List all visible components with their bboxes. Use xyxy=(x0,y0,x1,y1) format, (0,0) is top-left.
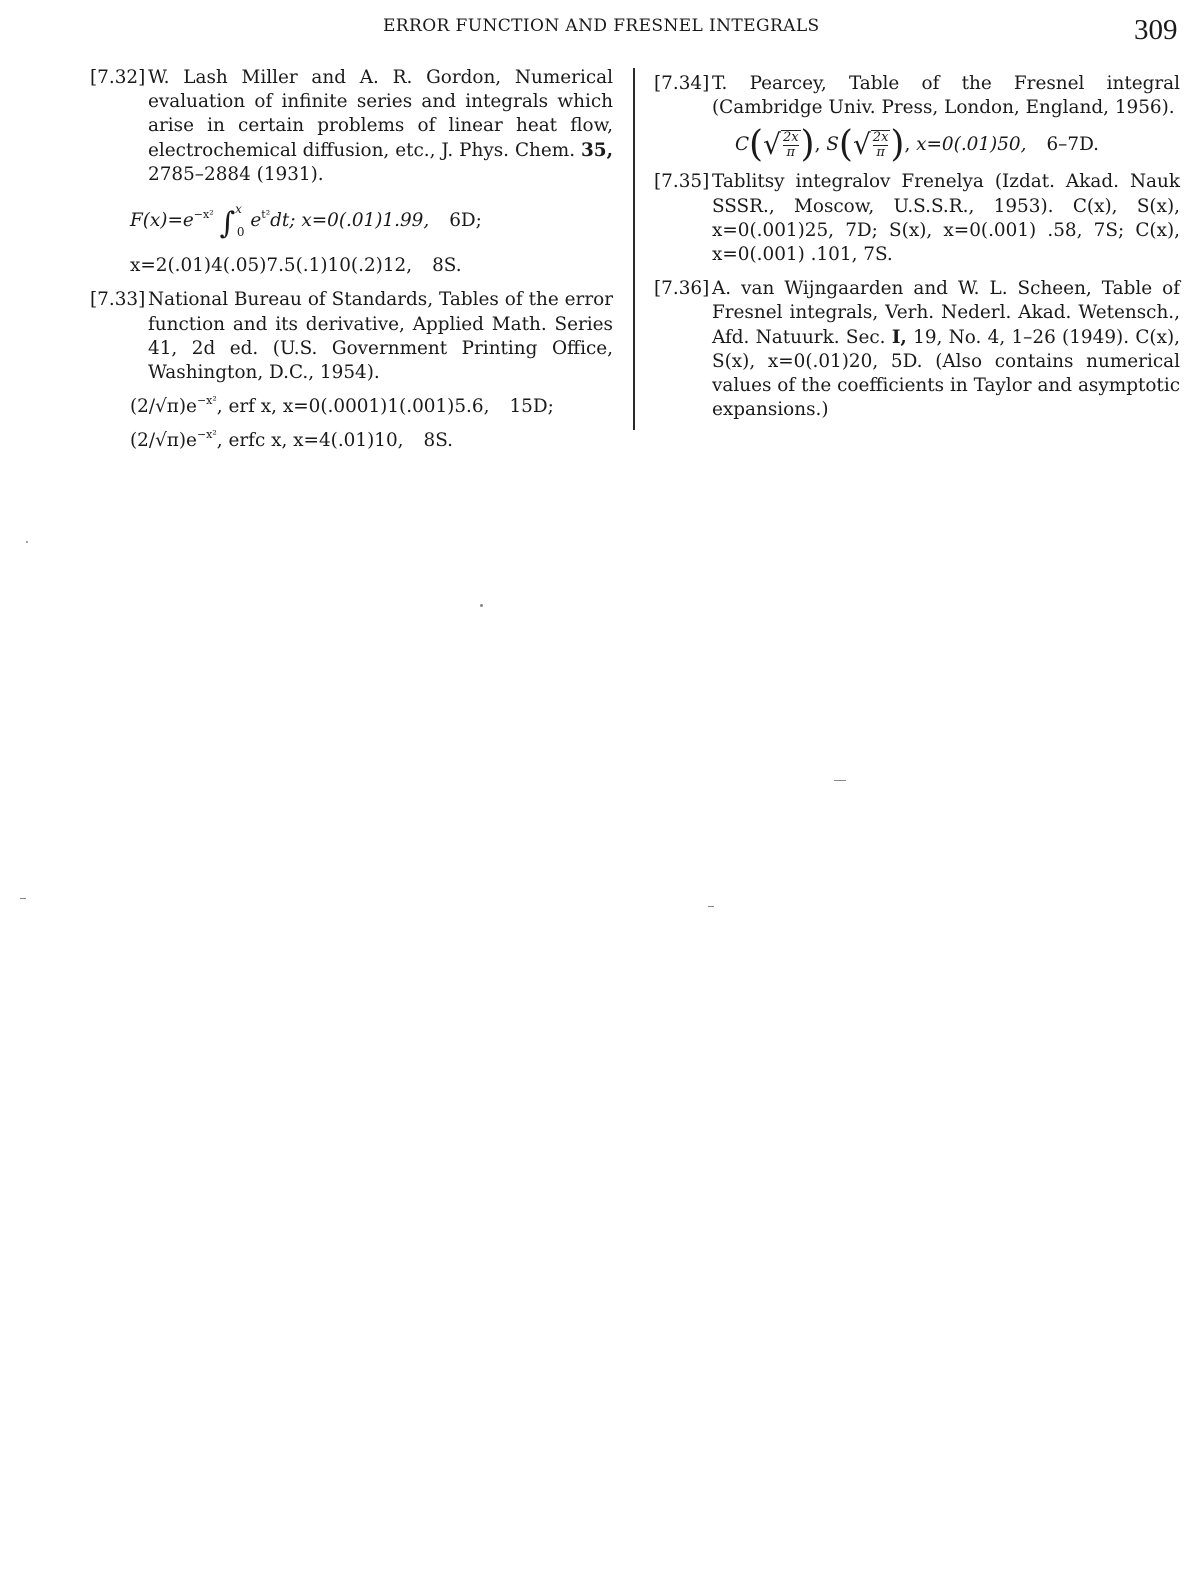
formula-prefix: (2/√π)e xyxy=(130,430,197,451)
reference-number: [7.33] xyxy=(90,288,145,312)
fraction: 2xπ xyxy=(871,130,891,160)
formula-prefix: (2/√π)e xyxy=(130,396,197,417)
integrand: e xyxy=(250,210,261,231)
formula-precision: 6D; xyxy=(449,210,482,231)
formula-range: dt; x=0(.01)1.99, xyxy=(270,210,429,231)
function-S: S xyxy=(826,134,839,155)
formula-erfc: (2/√π)e−x², erfc x, x=4(.01)10,8S. xyxy=(110,429,613,453)
formula-fresnel-pearcey: C(√2xπ), S(√2xπ), x=0(.01)50,6–7D. xyxy=(654,130,1180,160)
formula-range: , erfc x, x=4(.01)10, xyxy=(217,430,404,451)
formula-exponent: −x² xyxy=(194,208,214,221)
left-column: [7.32] W. Lash Miller and A. R. Gordon, … xyxy=(90,66,613,464)
integrand-exponent: t² xyxy=(261,208,270,221)
formula-erf: (2/√π)e−x², erf x, x=0(.0001)1(.001)5.6,… xyxy=(110,395,613,419)
fraction-denominator: π xyxy=(783,146,799,160)
formula-precision: 8S. xyxy=(424,430,454,451)
formula-range: , erf x, x=0(.0001)1(.001)5.6, xyxy=(217,396,490,417)
fraction-numerator: 2x xyxy=(783,131,799,146)
reference-number: [7.35] xyxy=(654,170,709,194)
formula-exponent: −x² xyxy=(197,394,217,407)
formula-lhs: F(x)=e xyxy=(130,210,194,231)
page-number: 309 xyxy=(1134,14,1178,47)
reference-text: T. Pearcey, Table of the Fresnel integra… xyxy=(712,72,1180,120)
formula-precision: 15D; xyxy=(509,396,553,417)
formula-range: x=2(.01)4(.05)7.5(.1)10(.2)12, xyxy=(130,255,412,276)
fraction: 2xπ xyxy=(781,130,801,160)
reference-7-33: [7.33] National Bureau of Standards, Tab… xyxy=(90,288,613,453)
scan-speck xyxy=(26,541,28,543)
reference-number: [7.32] xyxy=(90,66,145,90)
sqrt-icon: √ xyxy=(763,128,781,161)
scan-speck xyxy=(480,604,483,607)
upper-limit: x xyxy=(235,202,242,216)
formula-exponent: −x² xyxy=(197,428,217,441)
reference-7-36: [7.36] A. van Wijngaarden and W. L. Sche… xyxy=(654,277,1180,422)
reference-7-34: [7.34] T. Pearcey, Table of the Fresnel … xyxy=(654,72,1180,160)
running-title: ERROR FUNCTION AND FRESNEL INTEGRALS xyxy=(383,16,820,36)
right-column: [7.34] T. Pearcey, Table of the Fresnel … xyxy=(654,72,1180,428)
pages-year: 2785–2884 (1931). xyxy=(148,164,324,185)
reference-7-32: [7.32] W. Lash Miller and A. R. Gordon, … xyxy=(90,66,613,278)
formula-range: x=0(.01)50, xyxy=(916,134,1026,155)
function-C: C xyxy=(735,134,749,155)
column-divider xyxy=(633,68,635,430)
lower-limit: 0 xyxy=(237,225,245,239)
scan-speck xyxy=(834,780,846,781)
reference-number: [7.36] xyxy=(654,277,709,301)
reference-text: National Bureau of Standards, Tables of … xyxy=(148,288,613,385)
section-number: I, xyxy=(892,327,907,348)
reference-number: [7.34] xyxy=(654,72,709,96)
reference-text: W. Lash Miller and A. R. Gordon, Numeric… xyxy=(148,66,613,187)
fraction-numerator: 2x xyxy=(873,131,889,146)
volume: 35, xyxy=(581,140,613,161)
formula-F-of-x: F(x)=e−x² ∫x0 et²dt; x=0(.01)1.99,6D; xyxy=(110,197,613,244)
reference-text: Tablitsy integralov Frenelya (Izdat. Aka… xyxy=(712,170,1180,267)
formula-precision: 8S. xyxy=(432,255,462,276)
fraction-denominator: π xyxy=(873,146,889,160)
scan-speck xyxy=(20,898,26,899)
reference-7-35: [7.35] Tablitsy integralov Frenelya (Izd… xyxy=(654,170,1180,267)
reference-text: A. van Wijngaarden and W. L. Scheen, Tab… xyxy=(712,277,1180,422)
citation-text: W. Lash Miller and A. R. Gordon, Numeric… xyxy=(148,67,613,161)
integral-sign-icon: ∫ xyxy=(219,206,235,241)
sqrt-icon: √ xyxy=(853,128,871,161)
formula-precision: 6–7D. xyxy=(1046,134,1099,155)
scan-speck xyxy=(708,906,714,907)
formula-range-2: x=2(.01)4(.05)7.5(.1)10(.2)12,8S. xyxy=(110,254,613,278)
